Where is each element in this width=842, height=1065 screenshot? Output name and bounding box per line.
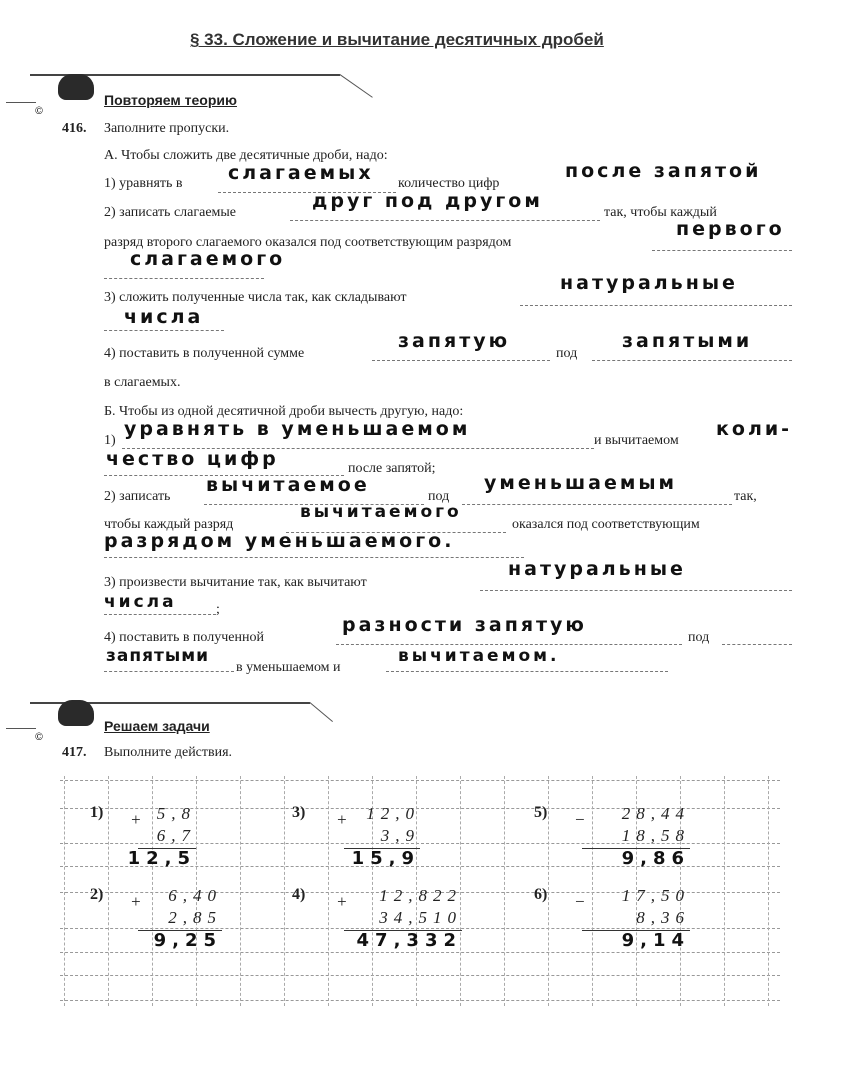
operand-b: 34,510: [379, 908, 462, 928]
answer-field[interactable]: слагаемых: [228, 162, 374, 184]
copyright-icon: ©: [34, 106, 44, 117]
answer-field[interactable]: запятыми: [622, 330, 752, 352]
partB-l1-prefix: 1): [104, 433, 116, 449]
result-field[interactable]: 47,332: [357, 930, 462, 951]
partA-l2-prefix: 2) записать слагаемые: [104, 205, 236, 221]
operand-b: 8,36: [636, 908, 690, 928]
answer-field[interactable]: числа: [104, 592, 177, 612]
task-instruction-416: Заполните пропуски.: [104, 121, 229, 137]
answer-field[interactable]: числа: [124, 306, 203, 328]
partB-l4-prefix: 3) произвести вычитание так, как вычитаю…: [104, 575, 367, 591]
result-field[interactable]: 9,86: [622, 848, 690, 869]
operand-a: 12,0: [366, 804, 420, 824]
partA-l5-middle: под: [556, 346, 577, 362]
problem-label: 1): [90, 804, 103, 822]
result-field[interactable]: 12,5: [128, 848, 196, 869]
partB-l5-middle: под: [688, 630, 709, 646]
result-field[interactable]: 9,25: [154, 930, 222, 951]
result-field[interactable]: 9,14: [622, 930, 690, 951]
problem-label: 6): [534, 886, 547, 904]
partA-l1-prefix: 1) уравнять в: [104, 176, 183, 192]
partB-l2-suffix: так,: [734, 489, 757, 505]
answer-field[interactable]: чество цифр: [106, 448, 279, 470]
partB-l5-prefix: 4) поставить в полученной: [104, 630, 264, 646]
answer-field[interactable]: друг под другом: [312, 190, 543, 212]
owl-emblem-icon: [58, 74, 94, 100]
plus-sign-icon: +: [336, 810, 353, 830]
partB-l2-prefix: 2) записать: [104, 489, 170, 505]
answer-field[interactable]: слагаемого: [130, 248, 285, 270]
answer-field[interactable]: разности запятую: [342, 614, 587, 636]
operand-b: 3,9: [381, 826, 420, 846]
minus-sign-icon: −: [574, 810, 591, 830]
answer-field[interactable]: вычитаемого: [300, 502, 462, 522]
partB-l5-mid2: в уменьшаемом и: [236, 660, 341, 676]
minus-sign-icon: −: [574, 892, 591, 912]
task-instruction-417: Выполните действия.: [104, 745, 232, 761]
partA-l6-text: в слагаемых.: [104, 375, 180, 391]
problem-label: 4): [292, 886, 305, 904]
problem-label: 3): [292, 804, 305, 822]
section-heading-theory: Повторяем теорию: [104, 92, 237, 108]
operand-a: 12,822: [379, 886, 462, 906]
result-field[interactable]: 15,9: [352, 848, 420, 869]
problem-label: 5): [534, 804, 547, 822]
operand-a: 5,8: [157, 804, 196, 824]
operand-b: 6,7: [157, 826, 196, 846]
answer-field[interactable]: коли-: [716, 418, 792, 440]
answer-field[interactable]: запятую: [398, 330, 510, 352]
partB-l1-middle: и вычитаемом: [594, 433, 679, 449]
answer-field[interactable]: уменьшаемым: [484, 472, 677, 494]
answer-field[interactable]: вычитаемом.: [398, 646, 560, 666]
problem-label: 2): [90, 886, 103, 904]
operand-a: 6,40: [168, 886, 222, 906]
operand-b: 2,85: [168, 908, 222, 928]
owl-emblem-icon: [58, 700, 94, 726]
partA-l4-prefix: 3) сложить полученные числа так, как скл…: [104, 290, 406, 306]
answer-field[interactable]: разрядом уменьшаемого.: [104, 530, 454, 552]
answer-field[interactable]: натуральные: [508, 558, 686, 580]
partB-l4-suffix: ;: [216, 602, 220, 618]
plus-sign-icon: +: [130, 892, 147, 912]
answer-field[interactable]: запятыми: [106, 646, 209, 666]
answer-field[interactable]: первого: [676, 218, 785, 240]
partB-l3-suffix: оказался под соответствующим: [512, 517, 700, 533]
plus-sign-icon: +: [130, 810, 147, 830]
answer-field[interactable]: уравнять в уменьшаемом: [124, 418, 470, 440]
plus-sign-icon: +: [336, 892, 353, 912]
task-number-417: 417.: [62, 745, 87, 761]
answer-field[interactable]: натуральные: [560, 272, 738, 294]
page-title: § 33. Сложение и вычитание десятичных др…: [190, 30, 604, 50]
operand-a: 28,44: [622, 804, 690, 824]
task-number-416: 416.: [62, 121, 87, 137]
copyright-icon: ©: [34, 732, 44, 743]
answer-field[interactable]: после запятой: [565, 160, 761, 182]
operand-a: 17,50: [622, 886, 690, 906]
partA-l5-prefix: 4) поставить в полученной сумме: [104, 346, 304, 362]
answer-field[interactable]: вычитаемое: [206, 474, 370, 496]
section-heading-tasks: Решаем задачи: [104, 718, 210, 734]
operand-b: 18,58: [622, 826, 690, 846]
